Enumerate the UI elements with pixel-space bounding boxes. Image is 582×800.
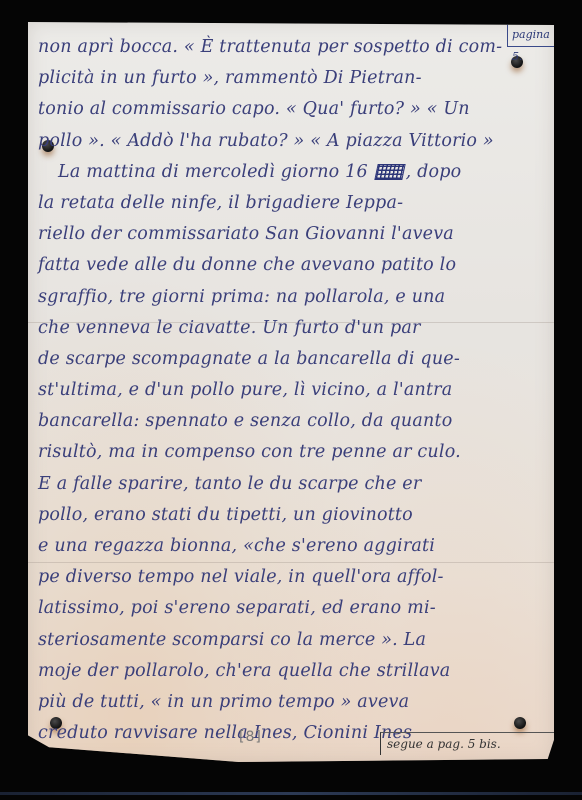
struck-out-text-icon: [374, 164, 405, 180]
text-line: latissimo, poi s'ereno separati, ed eran…: [38, 593, 548, 624]
text-segment: La mattina di mercoledì giorno 16: [58, 162, 368, 182]
text-line: pollo, erano stati du tipetti, un giovin…: [38, 500, 548, 531]
text-line: risultò, ma in compenso con tre penne ar…: [38, 437, 548, 468]
text-line: moje der pollarolo, ch'era quella che st…: [38, 656, 548, 687]
text-line: plicità in un furto », rammentò Di Pietr…: [38, 63, 548, 94]
text-line: st'ultima, e d'un pollo pure, lì vicino,…: [38, 375, 548, 406]
text-line: e una regazza bionna, «che s'ereno aggir…: [38, 531, 548, 562]
text-line: riello der commissariato San Giovanni l'…: [38, 219, 548, 250]
text-line: che venneva le ciavatte. Un furto d'un p…: [38, 313, 548, 344]
text-line: de scarpe scompagnate a la bancarella di…: [38, 344, 548, 375]
text-line: bancarella: spennato e senza collo, da q…: [38, 406, 548, 437]
text-segment: , dopo: [406, 162, 462, 182]
text-line: pe diverso tempo nel viale, in quell'ora…: [38, 562, 548, 593]
text-line: steriosamente scomparsi co la merce ». L…: [38, 625, 548, 656]
text-line: La mattina di mercoledì giorno 16 , dopo: [38, 157, 548, 188]
handwritten-text: non aprì bocca. « È trattenuta per sospe…: [38, 32, 548, 749]
scan-edge-line: [0, 792, 582, 795]
manuscript-page: pagina 5. non aprì bocca. « È trattenuta…: [28, 22, 554, 762]
text-line: più de tutti, « in un primo tempo » avev…: [38, 687, 548, 718]
text-line: sgraffio, tre giorni prima: na pollarola…: [38, 282, 548, 313]
text-line: la retata delle ninfe, il brigadiere Iep…: [38, 188, 548, 219]
text-line: tonio al commissario capo. « Qua' furto?…: [38, 94, 548, 125]
text-line: pollo ». « Addò l'ha rubato? » « A piazz…: [38, 126, 548, 157]
text-line: fatta vede alle du donne che avevano pat…: [38, 250, 548, 281]
archive-mark: [8]: [239, 729, 262, 745]
text-line: non aprì bocca. « È trattenuta per sospe…: [38, 32, 548, 63]
text-line: E a falle sparire, tanto le du scarpe ch…: [38, 469, 548, 500]
continuation-note: segue a pag. 5 bis.: [380, 732, 567, 755]
